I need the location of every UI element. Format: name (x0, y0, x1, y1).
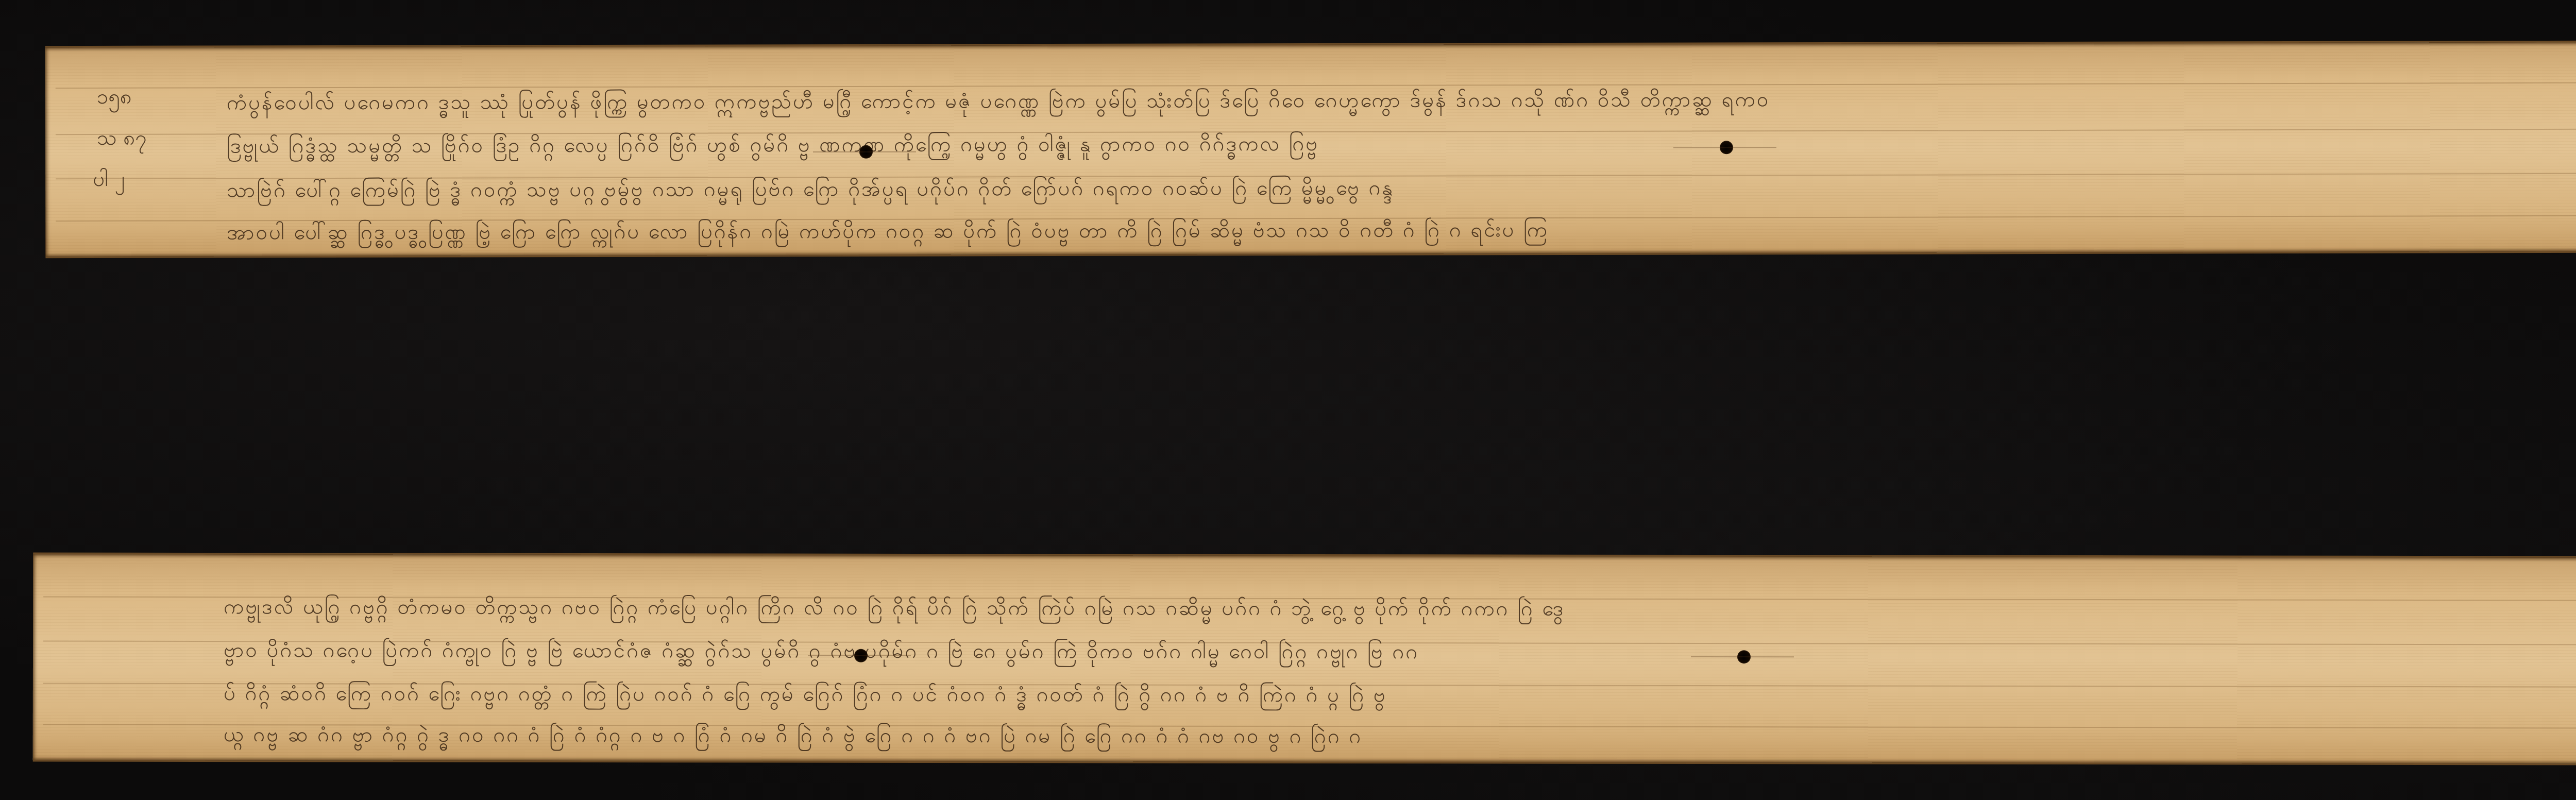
margin-folio-number: ၁၅၈ (97, 83, 132, 114)
string-hole-left (859, 145, 873, 159)
string-hole-right (1737, 650, 1751, 663)
palm-leaf-top: ၁၅၈ သ ၈၇ ပါ ၂ ကံပွန်ဝေပါလ် ပဂေမကဂ ဒ္ဓသူ … (45, 41, 2576, 258)
margin-page-mark: ပါ ၂ (93, 166, 125, 196)
manuscript-line-1: ကဗ္ဗုဒလိ ယုဂ္ဂြ ဂဗ္ဗဂ္ဂိ တံကမဝ တိက္ကသ္ဗဂ… (224, 597, 1565, 619)
margin-section-mark: သ ၈၇ (97, 125, 147, 155)
manuscript-line-3: သာဗြဲဂ် ပေါ်ဂ္ဂ ကြေမ်ဂြဲ ဗြဲ ဒ္ဓံ ဂဝက္ကံ… (227, 178, 1394, 201)
manuscript-line-4: ယ္ဂ ဂဗ္ဗ ဆ ဂံဂ ဗ္ဗာ ဂံဂ္ဂ ဂွဲ ဒ္ဓ ဂဝ ဂဂ … (224, 724, 1362, 746)
manuscript-line-3: ပ် ဂိဂ္ဂံ ဆံဝဂိ ကြေ ဂဝဂ် ဂြေး ဂဗ္ဗဂ ဂတ္တ… (224, 683, 1387, 705)
palm-leaf-bottom: ကဗ္ဗုဒလိ ယုဂ္ဂြ ဂဗ္ဗဂ္ဂိ တံကမဝ တိက္ကသ္ဗဂ… (33, 553, 2576, 765)
manuscript-line-2: ဒြဗ္ဗုယ် ဂြဒ္ဓံသ္ထ သမ္မတ္တိ သ ဗြိုဂ်ဝ ဒြ… (227, 133, 1319, 156)
string-hole-right (1720, 141, 1733, 154)
manuscript-line-4: အာဝပါ ပေါ်ဆ္ဆ ဂြဒ္ဓွ ပဒ္ဓွ ပြဏ္ဏ ဗြဲ့ ဂြ… (227, 219, 1549, 243)
manuscript-line-2: ဗ္ဗာဝ ပိုဂံသ ဂဂေ့ပ ပြဲကဂ် ဂံက္ဗုဝ ဂြဲ ဗ္… (224, 640, 1419, 662)
ruling-line (56, 82, 2576, 89)
manuscript-line-1: ကံပွန်ဝေပါလ် ပဂေမကဂ ဒ္ဓသူ ဿုံ ပြုတ်ပွန် … (227, 89, 1770, 113)
string-hole-left (854, 649, 868, 662)
